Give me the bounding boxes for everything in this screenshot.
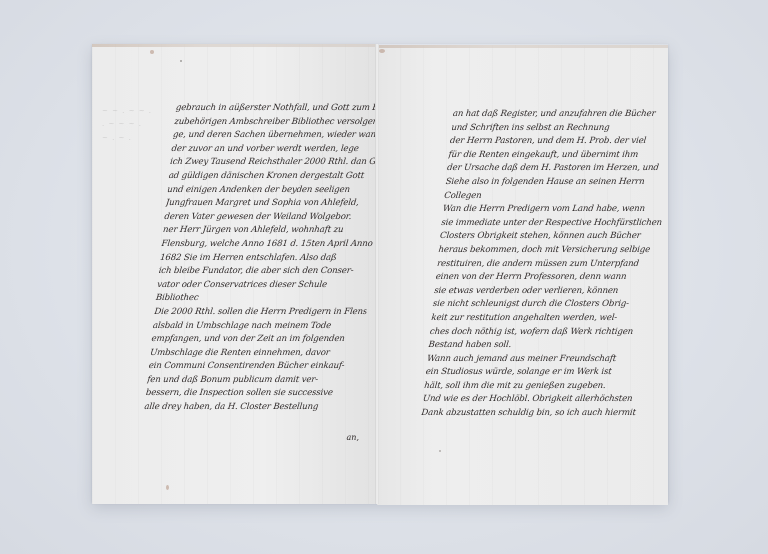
- manuscript-line: bessern, die Inspection sollen sie succe…: [145, 387, 358, 401]
- manuscript-line: ge, und deren Sachen übernehmen, wieder …: [172, 129, 377, 143]
- manuscript-line: Closters Obrigkeit stehen, können auch B…: [439, 230, 660, 244]
- manuscript-line: Umbschlage die Renten einnehmen, davor: [149, 347, 362, 361]
- manuscript-line: ches doch nöthig ist, wofern daß Werk ri…: [429, 326, 650, 340]
- left-page: ~ ~ . ~ ~ . . ~ ~ ~ . ~ . ~ . gebrauch i…: [92, 44, 377, 504]
- manuscript-line: zubehörigen Ambschreiber Bibliothec vers…: [174, 116, 377, 130]
- manuscript-line: Dank abzustatten schuldig bin, so ich au…: [421, 407, 642, 421]
- manuscript-line: Wann auch jemand aus meiner Freundschaft: [426, 353, 647, 367]
- manuscript-line: der zuvor an und vorber werdt werden, le…: [171, 143, 377, 157]
- manuscript-line: ich bleibe Fundator, die aber sich den C…: [158, 265, 371, 279]
- paper-stain: [166, 485, 169, 490]
- manuscript-line: Die 2000 Rthl. sollen die Herrn Prediger…: [154, 306, 367, 320]
- top-edge-stain: [92, 44, 377, 47]
- manuscript-line: der Herrn Pastoren, und dem H. Prob. der…: [449, 135, 668, 149]
- manuscript-line: einen von der Herrn Professoren, denn wa…: [435, 271, 656, 285]
- manuscript-line: alsbald in Umbschlage nach meinem Tode: [152, 320, 365, 334]
- manuscript-line: an hat daß Register, und anzufahren die …: [452, 108, 668, 122]
- manuscript-line: sie nicht schleunigst durch die Closters…: [432, 298, 653, 312]
- manuscript-line: heraus bekommen, doch mit Versicherung s…: [438, 244, 659, 258]
- manuscript-line: Und wie es der Hochlöbl. Obrigkeit aller…: [422, 393, 643, 407]
- manuscript-line: gebrauch in aüßerster Nothfall, und Gott…: [175, 102, 377, 116]
- manuscript-line: der Ursache daß dem H. Pastoren im Herze…: [446, 162, 667, 176]
- manuscript-line: 1682 Sie im Herren entschlafen. Also daß: [159, 252, 372, 266]
- manuscript-line: Jungfrauen Margret und Sophia von Ahlefe…: [165, 197, 377, 211]
- book-gutter-fold: [375, 44, 379, 504]
- right-page-text: an hat daß Register, und anzufahren die …: [421, 108, 668, 421]
- right-page: an hat daß Register, und anzufahren die …: [377, 45, 668, 505]
- manuscript-line: fen und daß Bonum publicum damit ver-: [146, 374, 359, 388]
- manuscript-line: für die Renten eingekauft, und übernimt …: [448, 149, 668, 163]
- paper-stain: [379, 49, 385, 53]
- manuscript-line: Collegen: [443, 190, 664, 204]
- bleed-through-text: ~ ~ . ~ ~ .: [102, 107, 152, 115]
- manuscript-line: hält, soll ihm die mit zu genießen zugeb…: [423, 380, 644, 394]
- manuscript-line: ad güldigen dänischen Kronen dergestalt …: [168, 170, 377, 184]
- paper-speck: [439, 450, 441, 452]
- manuscript-line: ein Communi Consentirenden Bücher einkau…: [148, 360, 361, 374]
- manuscript-line: Flensburg, welche Anno 1681 d. 15ten Apr…: [161, 238, 374, 252]
- manuscript-line: empfangen, und von der Zeit an im folgen…: [151, 333, 364, 347]
- manuscript-line: ich Zwey Tausend Reichsthaler 2000 Rthl.…: [169, 156, 377, 170]
- manuscript-line: Siehe also in folgenden Hause an seinen …: [445, 176, 666, 190]
- manuscript-line: alle drey haben, da H. Closter Bestellun…: [144, 401, 357, 415]
- catchword: an,: [347, 433, 359, 442]
- bleed-through-text: . ~ ~ ~ .: [102, 120, 142, 128]
- paper-speck: [180, 60, 182, 62]
- manuscript-line: restituiren, die andern müssen zum Unter…: [436, 258, 657, 272]
- manuscript-line: sie immediate unter der Respective Hochf…: [441, 217, 662, 231]
- left-page-text: gebrauch in aüßerster Nothfall, und Gott…: [144, 102, 377, 415]
- manuscript-line: und Schriften ins selbst an Rechnung: [451, 122, 668, 136]
- manuscript-line: keit zur restitution angehalten werden, …: [431, 312, 652, 326]
- manuscript-line: ein Studiosus würde, solange er im Werk …: [425, 366, 646, 380]
- top-edge-stain: [377, 45, 668, 48]
- paper-stain: [150, 50, 154, 54]
- bleed-through-text: ~ . ~ .: [102, 134, 132, 142]
- manuscript-line: und einigen Andenken der beyden seeligen: [166, 184, 377, 198]
- manuscript-line: deren Vater gewesen der Weiland Wolgebor…: [164, 211, 377, 225]
- manuscript-line: Bestand haben soll.: [428, 339, 649, 353]
- manuscript-line: sie etwas verderben oder verlieren, könn…: [433, 285, 654, 299]
- manuscript-line: Wan die Herrn Predigern vom Land habe, w…: [442, 203, 663, 217]
- manuscript-line: Bibliothec: [155, 292, 368, 306]
- manuscript-line: ner Herr Jürgen von Ahlefeld, wohnhaft z…: [162, 224, 375, 238]
- manuscript-spread: ~ ~ . ~ ~ . . ~ ~ ~ . ~ . ~ . gebrauch i…: [92, 44, 668, 502]
- manuscript-line: vator oder Conservatrices dieser Schule: [156, 279, 369, 293]
